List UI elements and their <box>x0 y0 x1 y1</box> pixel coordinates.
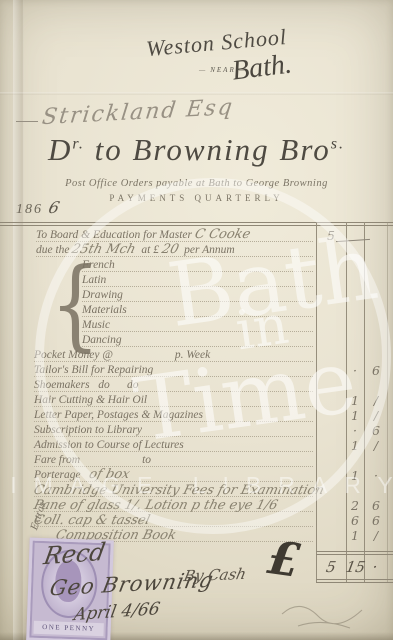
amount-pence: / <box>366 438 386 453</box>
printed-text: p. Week <box>175 349 210 361</box>
year-printed: 186 <box>16 202 43 217</box>
amount-shillings: 1 <box>347 393 363 408</box>
amount-pence: · <box>366 468 386 483</box>
table-row: Music <box>0 318 393 333</box>
amount-pence: 6 <box>366 363 386 378</box>
printed-text: Porterage <box>34 469 81 481</box>
handwritten-text: C Cooke <box>193 227 252 242</box>
printed-text: Fare from <box>34 454 80 466</box>
bill-title-dsup: r. <box>72 136 84 153</box>
amount-shillings: 2 <box>347 498 363 513</box>
bill-title-mid: to Browning Bro <box>85 132 331 167</box>
printed-text: Drawing <box>82 289 123 301</box>
table-row: Latin <box>0 273 393 288</box>
printed-text: Hair Cutting & Hair Oil <box>34 394 147 406</box>
table-row: Materials <box>0 303 393 318</box>
row-description: Pane of glass 1/. Lotion p the eye 1/6 <box>34 497 277 513</box>
invoice-document: Weston School NEAR Bath. Strickland Esq … <box>0 0 393 640</box>
total-shillings: 15 <box>344 558 364 576</box>
table-row: Coll. cap & tassel66 <box>0 513 393 528</box>
total-rule-bottom-2 <box>316 582 393 583</box>
year-field: 186 6 <box>16 198 61 218</box>
printed-text: Latin <box>82 274 106 286</box>
amount-shillings: 1 <box>347 528 363 543</box>
table-row: Drawing <box>0 288 393 303</box>
printed-text: Tailor's Bill for Repairing <box>34 364 153 376</box>
total-rule-bottom <box>316 579 393 580</box>
paper-crease <box>0 92 393 95</box>
payment-note: Post Office Orders payable at Bath to Ge… <box>0 178 393 189</box>
printed-text: Pocket Money @ <box>34 349 113 361</box>
printed-text: Admission to Course of Lectures <box>34 439 184 451</box>
amount-shillings: 6 <box>347 513 363 528</box>
dotted-leader <box>82 271 313 272</box>
printed-text: Subscription to Library <box>34 424 142 436</box>
printed-text: due the <box>36 244 72 256</box>
handwritten-text: Cambridge University Fees for Examinatio… <box>32 483 325 498</box>
table-row: French <box>0 258 393 273</box>
printed-text: To Board & Education for Master <box>36 229 195 241</box>
table-top-rule <box>0 222 393 223</box>
amount-shillings: · <box>347 423 363 438</box>
total-rule-top <box>316 551 393 552</box>
bill-title: Dr. to Browning Bros. <box>0 132 393 168</box>
town-name: Bath. <box>230 48 293 87</box>
year-written: 6 <box>46 198 63 217</box>
table-row: Porterage of box1· <box>0 468 393 483</box>
handwritten-text: Coll. cap & tassel <box>32 513 151 528</box>
amount-shillings: 1 <box>347 408 363 423</box>
printed-text: at £ <box>136 244 162 256</box>
amount-shillings: 1 <box>347 438 363 453</box>
printed-text: Music <box>82 319 110 331</box>
amount-pence: / <box>366 393 386 408</box>
amount-pence: 6 <box>366 498 386 513</box>
amount-shillings: 1 <box>347 468 363 483</box>
printed-text: Materials <box>82 304 127 316</box>
table-row: due the 25th Mch at £ 20 per Annum <box>0 243 393 258</box>
table-row: Pane of glass 1/. Lotion p the eye 1/626 <box>0 498 393 513</box>
printed-text: Shoemakers do do <box>34 379 138 391</box>
printed-text: Letter Paper, Postages & Magazines <box>34 409 203 421</box>
row-description: Coll. cap & tassel <box>34 512 150 528</box>
handwritten-text: 25th Mch <box>71 242 138 257</box>
handwritten-text: Pane of glass 1/. Lotion p the eye 1/6 <box>32 498 279 513</box>
addressee-dash <box>16 121 38 122</box>
row-description: Cambridge University Fees for Examinatio… <box>34 482 324 498</box>
bill-title-ssup: s. <box>331 136 345 153</box>
amount-pence: / <box>366 408 386 423</box>
received-mark: Recd <box>42 538 108 571</box>
amount-pounds: 5 <box>318 228 344 243</box>
row-description: due the 25th Mch at £ 20 per Annum <box>36 241 235 258</box>
table-row: Cambridge University Fees for Examinatio… <box>0 483 393 498</box>
printed-text: to <box>142 454 151 466</box>
printed-text: French <box>82 259 115 271</box>
by-cash-note: By Cash <box>182 565 248 585</box>
bill-title-d: D <box>48 132 72 167</box>
addressee-name: Strickland Esq <box>41 95 236 130</box>
pencil-scribble <box>278 588 383 638</box>
amount-pence: 6 <box>366 513 386 528</box>
handwritten-text: 20 <box>160 242 180 257</box>
printed-text: per Annum <box>178 244 234 256</box>
total-pence: · <box>364 558 385 576</box>
total-pounds: 5 <box>316 558 345 576</box>
amount-shillings: · <box>347 363 363 378</box>
total-rule-top-2 <box>316 554 393 555</box>
row-description: Porterage of box <box>34 466 129 483</box>
amount-pence: 6 <box>366 423 386 438</box>
amount-pence: / <box>366 528 386 543</box>
printed-text: Dancing <box>82 334 122 346</box>
handwritten-text: of box <box>79 467 131 482</box>
